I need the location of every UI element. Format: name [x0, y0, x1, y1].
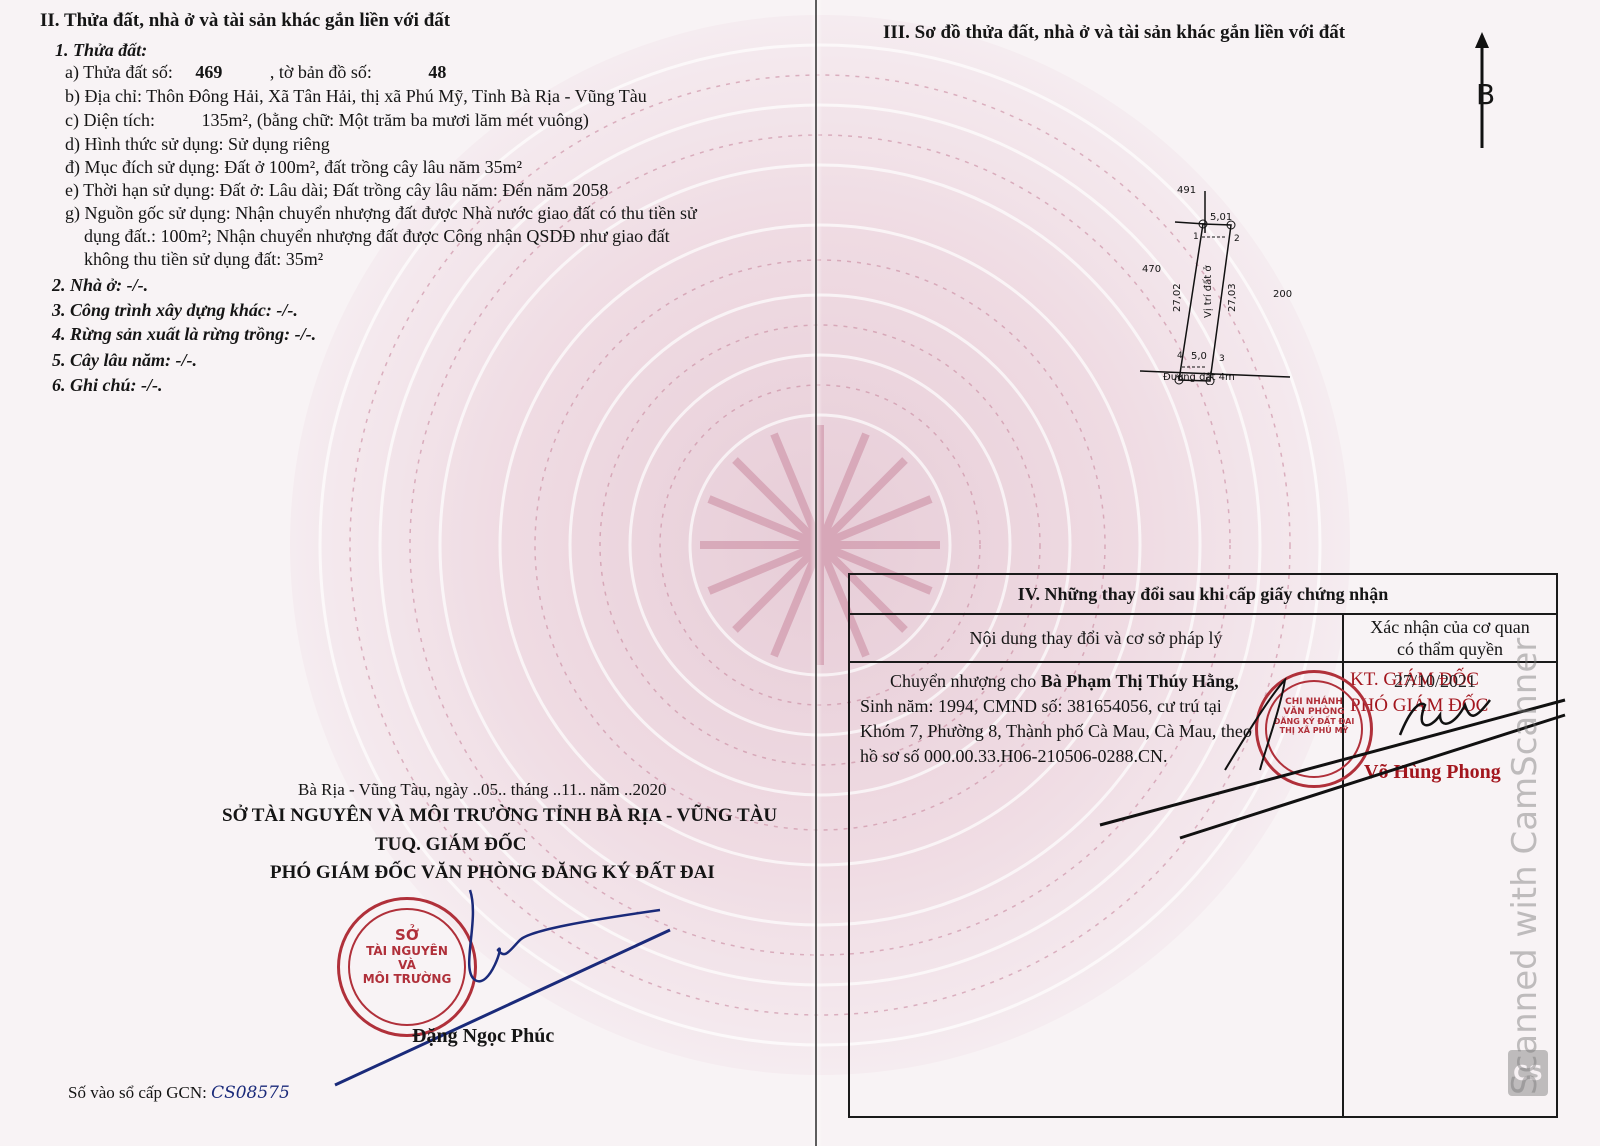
map-sheet-number: 48: [376, 62, 446, 82]
point-3: 3: [1219, 354, 1225, 364]
map-sheet-label: , tờ bản đồ số:: [270, 62, 372, 82]
usage-form: d) Hình thức sử dụng: Sử dụng riêng: [65, 134, 330, 155]
signature-left: [330, 880, 690, 1100]
page-fold-line: [815, 0, 817, 1146]
changes-table: IV. Những thay đổi sau khi cấp giấy chứn…: [848, 573, 1558, 1118]
origin-line-2: dụng đất.: 100m²; Nhận chuyển nhượng đất…: [84, 226, 670, 247]
point-2: 2: [1234, 234, 1240, 244]
point-1: 1: [1193, 232, 1199, 242]
top-edge-length: 5,01: [1210, 212, 1232, 223]
house-item: 2. Nhà ở: -/-.: [52, 275, 148, 296]
neighbor-east: 200: [1273, 289, 1292, 300]
parcel-number: 469: [177, 62, 265, 83]
left-edge-length: 27,02: [1172, 283, 1183, 312]
perennial-item: 5. Cây lâu năm: -/-.: [52, 350, 197, 371]
changes-title: IV. Những thay đổi sau khi cấp giấy chứn…: [849, 574, 1557, 614]
register-row: Số vào sổ cấp GCN: CS08575: [68, 1083, 290, 1103]
north-label: B: [1476, 78, 1495, 111]
area-row: c) Diện tích: 135m², (bằng chữ: Một trăm…: [65, 110, 589, 131]
road-label: Đường đất 4m: [1163, 372, 1235, 383]
inner-label: Vị trí đất ở: [1203, 266, 1214, 318]
issue-date: Bà Rịa - Vũng Tàu, ngày ..05.. tháng ..1…: [298, 780, 666, 800]
other-works-item: 3. Công trình xây dựng khác: -/-.: [52, 300, 298, 321]
usage-term: e) Thời hạn sử dụng: Đất ở: Lâu dài; Đất…: [65, 180, 608, 201]
origin-line-1: g) Nguồn gốc sử dụng: Nhận chuyển nhượng…: [65, 203, 697, 224]
neighbor-west: 470: [1142, 264, 1161, 275]
parcel-label: a) Thửa đất số:: [65, 62, 173, 82]
right-edge-length: 27,03: [1227, 283, 1238, 312]
register-label: Số vào sổ cấp GCN:: [68, 1083, 207, 1102]
signature-right: [1095, 660, 1575, 840]
point-4: 4: [1177, 351, 1183, 361]
bottom-edge-length: 5,0: [1191, 351, 1207, 362]
address: b) Địa chỉ: Thôn Đông Hải, Xã Tân Hải, t…: [65, 86, 647, 107]
issuing-authority: TUQ. GIÁM ĐỐC: [375, 834, 526, 856]
issuing-agency: SỞ TÀI NGUYÊN VÀ MÔI TRƯỜNG TỈNH BÀ RỊA …: [222, 805, 777, 827]
area-value: 135m², (bằng chữ: Một trăm ba mươi lăm m…: [159, 110, 588, 130]
register-number: CS08575: [211, 1083, 290, 1103]
area-label: c) Diện tích:: [65, 110, 155, 130]
signer-left: Đặng Ngọc Phúc: [412, 1025, 554, 1048]
parcel-number-row: a) Thửa đất số: 469 , tờ bản đồ số: 48: [65, 62, 446, 83]
notes-item: 6. Ghi chú: -/-.: [52, 375, 163, 396]
scanner-watermark: Scanned with CamScanner: [1505, 638, 1545, 1095]
land-heading: 1. Thửa đất:: [55, 40, 147, 61]
section-ii-title: II. Thửa đất, nhà ở và tài sản khác gắn …: [40, 10, 450, 32]
neighbor-north: 491: [1177, 185, 1196, 196]
section-iii-title: III. Sơ đồ thửa đất, nhà ở và tài sản kh…: [883, 22, 1345, 44]
usage-purpose: đ) Mục đích sử dụng: Đất ở 100m², đất tr…: [65, 157, 522, 178]
forest-item: 4. Rừng sản xuất là rừng trồng: -/-.: [52, 324, 316, 345]
origin-line-3: không thu tiền sử dụng đất: 35m²: [84, 249, 323, 270]
col-content-header: Nội dung thay đổi và cơ sở pháp lý: [849, 614, 1343, 662]
